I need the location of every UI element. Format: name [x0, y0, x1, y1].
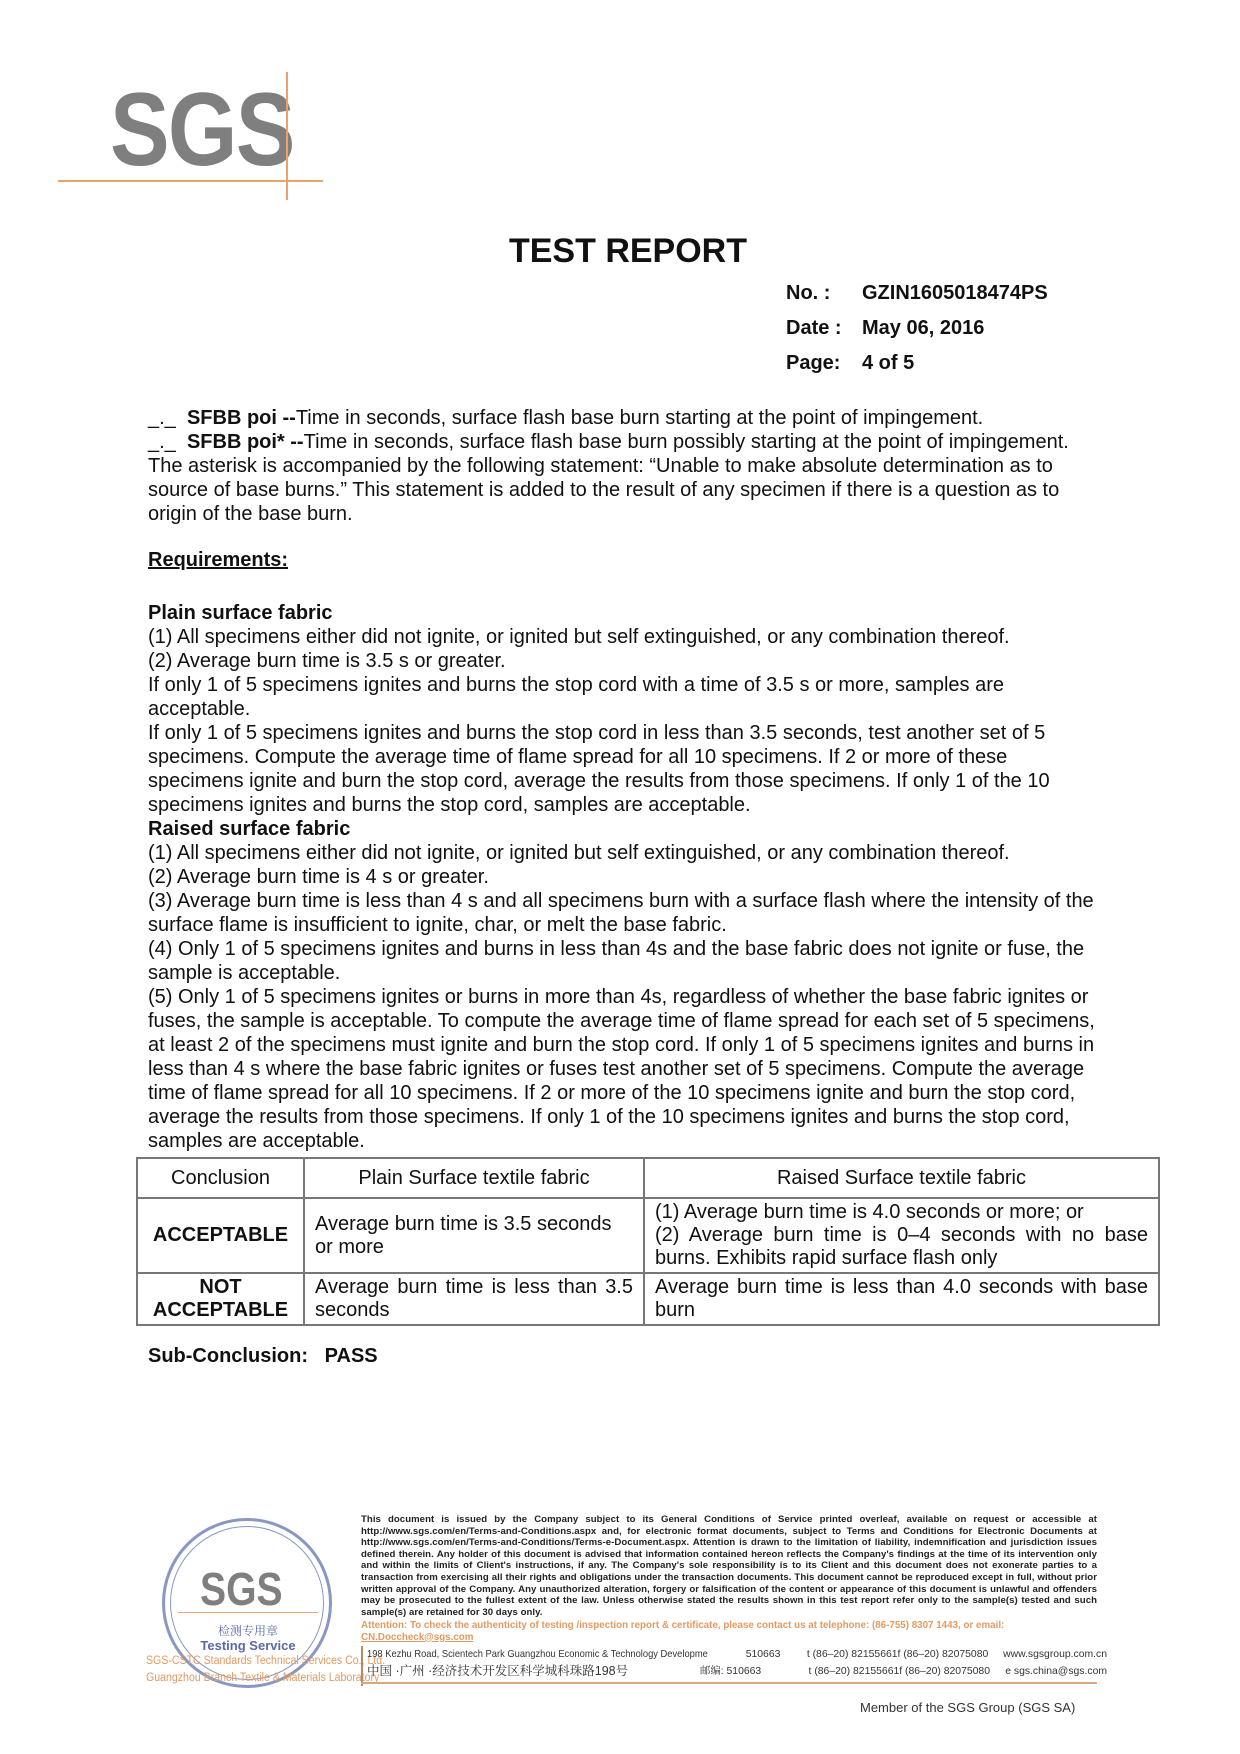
logo-accent-vertical — [286, 72, 288, 200]
meta-date: Date : May 06, 2016 — [786, 311, 1048, 346]
plain-acceptable: Average burn time is 3.5 seconds or more — [304, 1198, 644, 1273]
legal-disclaimer: This document is issued by the Company s… — [361, 1514, 1097, 1618]
definition-marker: _._ — [148, 407, 176, 429]
raised-acceptable-line: (1) Average burn time is 4.0 seconds or … — [655, 1201, 1148, 1224]
stamp-en-text: Testing Service — [148, 1638, 348, 1653]
stamp-company-line2: Guangzhou Branch Textile & Materials Lab… — [146, 1672, 379, 1684]
stamp-logo-line — [178, 1612, 318, 1613]
meta-number: No. : GZIN1605018474PS — [786, 276, 1048, 311]
conclusion-table: Conclusion Plain Surface textile fabric … — [136, 1157, 1160, 1326]
definition-term: SFBB poi -- — [187, 407, 296, 429]
email-link[interactable]: e sgs.china@sgs.com — [1005, 1663, 1107, 1680]
plain-req-1: (1) All specimens either did not ignite,… — [148, 625, 1098, 649]
fax-cn: f (86–20) 82075080 — [899, 1663, 1005, 1680]
definition-sfbb-poi-asterisk: _._ SFBB poi* --Time in seconds, surface… — [148, 430, 1098, 526]
header-raised: Raised Surface textile fabric — [644, 1158, 1159, 1198]
definition-term: SFBB poi* -- — [187, 431, 304, 453]
report-title-text: TEST REPORT — [509, 232, 747, 271]
doccheck-email-link[interactable]: CN.Doccheck@sgs.com — [361, 1632, 473, 1643]
requirements-heading-wrap: Requirements: — [148, 548, 1098, 572]
meta-number-label: No. : — [786, 276, 862, 311]
meta-page-value: 4 of 5 — [862, 346, 914, 381]
raised-req-5: (5) Only 1 of 5 specimens ignites or bur… — [148, 985, 1098, 1153]
table-row: ACCEPTABLE Average burn time is 3.5 seco… — [137, 1198, 1159, 1273]
logo-accent-horizontal — [58, 180, 323, 182]
zip-en: 510663 — [746, 1646, 793, 1663]
member-of-sgs-group: Member of the SGS Group (SGS SA) — [860, 1700, 1075, 1715]
sub-conclusion-value: PASS — [325, 1345, 378, 1367]
sgs-logo: SGS — [58, 72, 328, 190]
plain-surface-heading: Plain surface fabric — [148, 601, 1098, 625]
requirements: Plain surface fabric (1) All specimens e… — [148, 601, 1098, 1153]
fax-en: f (86–20) 82075080 — [898, 1646, 1004, 1663]
plain-req-3: If only 1 of 5 specimens ignites and bur… — [148, 673, 1098, 721]
conclusion-line: ACCEPTABLE — [148, 1299, 293, 1322]
address-cn: 中国 ·广州 ·经济技术开发区科学城科珠路198号 — [367, 1663, 700, 1680]
conclusion-acceptable: ACCEPTABLE — [137, 1198, 304, 1273]
sub-conclusion: Sub-Conclusion: PASS — [148, 1345, 378, 1368]
stamp-company-line1: SGS-CSTC Standards Technical Services Co… — [146, 1655, 385, 1667]
definition-sfbb-poi: _._ SFBB poi --Time in seconds, surface … — [148, 406, 1098, 430]
address-block: 198 Kezhu Road, Scientech Park Guangzhou… — [361, 1646, 1107, 1680]
report-title: TEST REPORT — [0, 232, 1240, 271]
logo-text: SGS — [110, 78, 294, 182]
definition-marker: _._ — [148, 431, 176, 453]
address-row-en: 198 Kezhu Road, Scientech Park Guangzhou… — [367, 1646, 1107, 1663]
tel-cn: t (86–20) 82155661 — [809, 1663, 900, 1680]
report-meta: No. : GZIN1605018474PS Date : May 06, 20… — [786, 276, 1048, 381]
plain-req-4: If only 1 of 5 specimens ignites and bur… — [148, 721, 1098, 817]
raised-req-2: (2) Average burn time is 4 s or greater. — [148, 865, 1098, 889]
table-row: NOT ACCEPTABLE Average burn time is less… — [137, 1273, 1159, 1325]
meta-number-value: GZIN1605018474PS — [862, 276, 1048, 311]
raised-not-acceptable: Average burn time is less than 4.0 secon… — [644, 1273, 1159, 1325]
conclusion-line: NOT — [148, 1276, 293, 1299]
sub-conclusion-label: Sub-Conclusion: — [148, 1345, 308, 1367]
raised-req-3: (3) Average burn time is less than 4 s a… — [148, 889, 1098, 937]
table-header-row: Conclusion Plain Surface textile fabric … — [137, 1158, 1159, 1198]
website-link[interactable]: www.sgsgroup.com.cn — [1003, 1646, 1107, 1663]
raised-req-1: (1) All specimens either did not ignite,… — [148, 841, 1098, 865]
conclusion-not-acceptable: NOT ACCEPTABLE — [137, 1273, 304, 1325]
address-row-cn: 中国 ·广州 ·经济技术开发区科学城科珠路198号 邮编: 510663 t (… — [367, 1663, 1107, 1680]
raised-req-4: (4) Only 1 of 5 specimens ignites and bu… — [148, 937, 1098, 985]
raised-surface-heading: Raised surface fabric — [148, 817, 1098, 841]
meta-page-label: Page: — [786, 346, 862, 381]
header-conclusion: Conclusion — [137, 1158, 304, 1198]
address-en: 198 Kezhu Road, Scientech Park Guangzhou… — [367, 1646, 708, 1663]
footer-horizontal-rule — [361, 1682, 1097, 1684]
meta-date-value: May 06, 2016 — [862, 311, 984, 346]
meta-date-label: Date : — [786, 311, 862, 346]
requirements-heading: Requirements: — [148, 548, 1098, 572]
testing-service-stamp: SGS 检测专用章 Testing Service SGS-CSTC Stand… — [148, 1510, 348, 1710]
raised-acceptable-line: (2) Average burn time is 0–4 seconds wit… — [655, 1224, 1148, 1270]
raised-acceptable: (1) Average burn time is 4.0 seconds or … — [644, 1198, 1159, 1273]
stamp-logo: SGS — [200, 1562, 283, 1616]
stamp-cn-text: 检测专用章 — [148, 1622, 348, 1639]
authenticity-text: Attention: To check the authenticity of … — [361, 1620, 1004, 1631]
definitions: _._ SFBB poi --Time in seconds, surface … — [148, 406, 1098, 526]
header-plain: Plain Surface textile fabric — [304, 1158, 644, 1198]
authenticity-notice: Attention: To check the authenticity of … — [361, 1620, 1101, 1643]
tel-en: t (86–20) 82155661 — [807, 1646, 898, 1663]
plain-not-acceptable: Average burn time is less than 3.5 secon… — [304, 1273, 644, 1325]
plain-req-2: (2) Average burn time is 3.5 s or greate… — [148, 649, 1098, 673]
definition-text: Time in seconds, surface flash base burn… — [296, 407, 983, 429]
zip-cn: 邮编: 510663 — [700, 1663, 795, 1680]
meta-page: Page: 4 of 5 — [786, 346, 1048, 381]
